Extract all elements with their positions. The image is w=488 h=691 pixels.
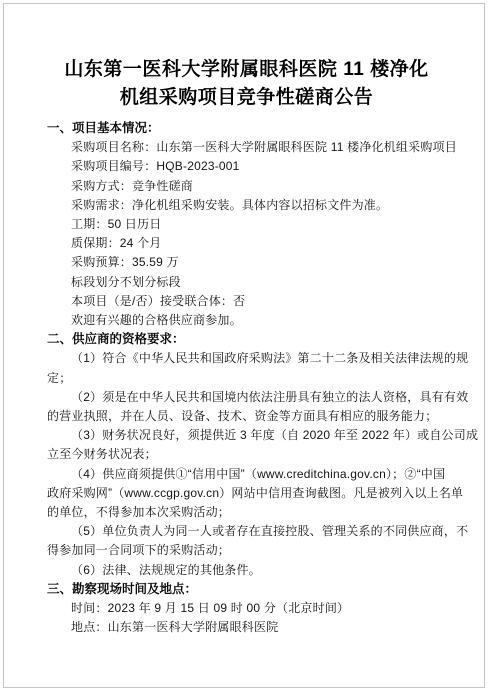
paragraph-line: 采购项目名称：山东第一医科大学附属眼科医院 11 楼净化机组采购项目 xyxy=(47,138,446,157)
paragraph-line: 立至今财务状况表； xyxy=(47,445,446,464)
paragraph-line: 采购预算：35.59 万 xyxy=(47,253,446,272)
document-page: 山东第一医科大学附属眼科医院 11 楼净化 机组采购项目竞争性磋商公告 一、项目… xyxy=(0,0,488,691)
document-title-line-1: 山东第一医科大学附属眼科医院 11 楼净化 xyxy=(47,56,446,84)
paragraph-line: （3）财务状况良好，须提供近 3 年度（自 2020 年至 2022 年）或自公… xyxy=(47,426,446,445)
paragraph-line: （4）供应商须提供①“信用中国”（www.creditchina.gov.cn）… xyxy=(47,465,446,484)
document-title-line-2: 机组采购项目竞争性磋商公告 xyxy=(47,84,446,112)
paragraph-line: 采购需求：净化机组采购安装。具体内容以招标文件为准。 xyxy=(47,196,446,215)
paragraph-line: 采购方式：竞争性磋商 xyxy=(47,177,446,196)
paragraph-line: 地点：山东第一医科大学附属眼科医院 xyxy=(47,618,446,637)
paragraph-line: 标段划分不划分标段 xyxy=(47,273,446,292)
document-body: 一、项目基本情况：采购项目名称：山东第一医科大学附属眼科医院 11 楼净化机组采… xyxy=(47,119,446,637)
paragraph-line: 时间：2023 年 9 月 15 日 09 时 00 分（北京时间） xyxy=(47,599,446,618)
paragraph-line: 质保期：24 个月 xyxy=(47,234,446,253)
paragraph-line: （5）单位负责人为同一人或者存在直接控股、管理关系的不同供应商，不 xyxy=(47,522,446,541)
paragraph-line: 欢迎有兴趣的合格供应商参加。 xyxy=(47,311,446,330)
paragraph-line: （2）须是在中华人民共和国境内依法注册具有独立的法人资格，具有有效 xyxy=(47,388,446,407)
paragraph-line: 采购项目编号：HQB-2023-001 xyxy=(47,157,446,176)
paragraph-line: 的单位，不得参加本次采购活动； xyxy=(47,503,446,522)
section-heading-3: 三、勘察现场时间及地点： xyxy=(47,580,446,599)
paragraph-line: （6）法律、法规规定的其他条件。 xyxy=(47,561,446,580)
paragraph-line: 得参加同一合同项下的采购活动； xyxy=(47,541,446,560)
paragraph-line: 政府采购网”（www.ccgp.gov.cn）网站中信用查询截图。凡是被列入以上… xyxy=(47,484,446,503)
section-heading-2: 二、供应商的资格要求： xyxy=(47,330,446,349)
paragraph-line: 定； xyxy=(47,369,446,388)
section-heading-1: 一、项目基本情况： xyxy=(47,119,446,138)
paragraph-line: 工期：50 日历日 xyxy=(47,215,446,234)
document-title: 山东第一医科大学附属眼科医院 11 楼净化 机组采购项目竞争性磋商公告 xyxy=(47,56,446,112)
paragraph-line: （1）符合《中华人民共和国政府采购法》第二十二条及相关法律法规的规 xyxy=(47,349,446,368)
paragraph-line: 的营业执照，并在人员、设备、技术、资金等方面具有相应的服务能力； xyxy=(47,407,446,426)
paragraph-line: 本项目（是/否）接受联合体：否 xyxy=(47,292,446,311)
document-content: 山东第一医科大学附属眼科医院 11 楼净化 机组采购项目竞争性磋商公告 一、项目… xyxy=(47,56,446,637)
